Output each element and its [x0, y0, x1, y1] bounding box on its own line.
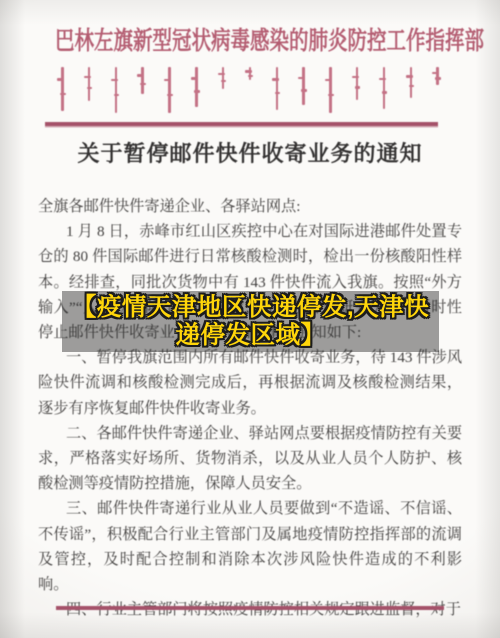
mongolian-glyph	[115, 67, 118, 113]
paragraph-4: 三、邮件快件寄递行业从业人员要做到“不造谣、不信谣、不传谣”，积极配合行业主管部…	[38, 496, 462, 597]
mongolian-glyph	[88, 67, 91, 101]
mongolian-glyph	[141, 67, 144, 94]
doc-title: 关于暂停邮件快件收寄业务的通知	[0, 137, 500, 168]
caption-text: 【疫情天津地区快递停发,天津快递停发区域】	[62, 294, 439, 350]
mongolian-glyph	[356, 67, 359, 100]
mongolian-glyph	[195, 67, 198, 107]
mongolian-glyph	[436, 67, 439, 85]
mongolian-glyph	[61, 67, 64, 111]
mongolian-glyph	[249, 67, 252, 80]
footer-rule	[56, 606, 444, 610]
mongolian-glyph	[222, 67, 225, 89]
notice-photo: 巴林左旗新型冠状病毒感染的肺炎防控工作指挥部 关于暂停邮件快件收寄业务的通知 全…	[0, 0, 500, 638]
paragraph-3: 二、各邮件快件寄递企业、驿站网点要根据疫情防控有关要求，严格落实好场所、货物消杀…	[38, 421, 462, 497]
mongolian-script	[61, 67, 439, 115]
mongolian-glyph	[329, 67, 332, 113]
org-title: 巴林左旗新型冠状病毒感染的肺炎防控工作指挥部	[55, 21, 445, 57]
caption-overlay: 【疫情天津地区快递停发,天津快递停发区域】	[62, 291, 439, 352]
mongolian-glyph	[410, 67, 413, 98]
paragraph-2: 一、暂停我旗范围内所有邮件快件收寄业务，待 143 件涉风险快件流调和核酸检测完…	[38, 345, 462, 421]
mongolian-glyph	[276, 67, 279, 110]
salutation: 全旗各邮件快件寄递企业、各驿站网点:	[38, 194, 462, 219]
mongolian-glyph	[383, 67, 386, 109]
header-rule	[45, 122, 438, 126]
mongolian-glyph	[168, 67, 171, 113]
mongolian-glyph	[302, 67, 305, 105]
doc-body: 全旗各邮件快件寄递企业、各驿站网点: 1 月 8 日，赤峰市红山区疾控中心在对国…	[0, 194, 500, 622]
